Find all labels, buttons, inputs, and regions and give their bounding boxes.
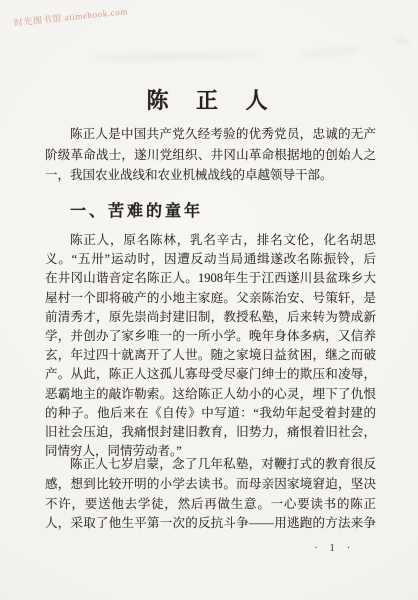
section-heading: 一、苦难的童年 — [45, 198, 376, 221]
text-line: 恶霸地主的敲诈勒索。这给陈正人幼小的心灵，埋下了仇恨 — [45, 385, 376, 404]
section-heading-wrap: 一、苦难的童年 — [45, 198, 376, 221]
text-line: 旧社会压迫，我痛恨封建旧教育，旧势力，痛恨着旧社会， — [45, 423, 376, 442]
library-watermark: 时光图书馆 atimebook.com — [13, 4, 128, 29]
text-line: 阶级革命战士，遂川党组织、井冈山革命根据地的创始人之 — [45, 145, 376, 166]
text-line: 陈正人七岁启蒙，念了几年私塾，对鞭打式的教育很反 — [45, 455, 376, 475]
chapter-title: 陈 正 人 — [0, 84, 418, 115]
text-line: 前清秀才，原先崇尚封建旧制，教授私塾，后来转为赞成新 — [45, 308, 376, 327]
text-line: 的种子。他后来在《自传》中写道：“我幼年起受着封建的 — [45, 404, 376, 423]
text-line: 在井冈山谐音定名陈正人。1908年生于江西遂川县盆珠乡大 — [45, 269, 376, 288]
text-line: 一，我国农业战线和农业机械战线的卓越领导干部。 — [45, 165, 376, 186]
text-line: 感，想到比较开明的小学去读书。而母亲因家境窘迫，坚决 — [45, 475, 376, 495]
intro-paragraph: 陈正人是中国共产党久经考验的优秀党员，忠诚的无产 阶级革命战士，遂川党组织、井冈… — [45, 124, 376, 186]
text-line: 产。从此，陈正人这孤儿寡母受尽豪门绅士的欺压和凌辱， — [45, 365, 376, 384]
scan-artifact — [300, 48, 362, 56]
text-line: 陈正人，原名陈林，乳名辛古，排名文伦，化名胡思 — [45, 231, 376, 250]
text-line: 义。“五卅”运动时，因遭反动当局通缉遂改名陈振铃，后 — [45, 250, 376, 269]
book-page: 时光图书馆 atimebook.com 陈 正 人 陈正人是中国共产党久经考验的… — [0, 0, 418, 600]
text-line: 玄，年过四十就离开了人世。随之家境日益贫困，继之而破 — [45, 346, 376, 365]
text-line: 不许，要送他去学徒，然后再做生意。一心要读书的陈正 — [45, 495, 376, 515]
page-number: · 1 · — [314, 542, 351, 554]
body-paragraph-childhood: 陈正人，原名陈林，乳名辛古，排名文伦，化名胡思 义。“五卅”运动时，因遭反动当局… — [45, 231, 376, 461]
text-line: 学，并创办了家乡唯一的一所小学。晚年身体多病，又信养 — [45, 327, 376, 346]
scan-artifact — [392, 35, 410, 45]
scan-artifact — [90, 52, 260, 61]
text-line: 屋村一个即将破产的小地主家庭。父亲陈治安、号策轩，是 — [45, 289, 376, 308]
text-line: 人，采取了他生平第一次的反抗斗争——用逃跑的方法来争 — [45, 514, 376, 534]
text-line: 陈正人是中国共产党久经考验的优秀党员，忠诚的无产 — [45, 124, 376, 145]
body-paragraph-school: 陈正人七岁启蒙，念了几年私塾，对鞭打式的教育很反 感，想到比较开明的小学去读书。… — [45, 455, 376, 534]
